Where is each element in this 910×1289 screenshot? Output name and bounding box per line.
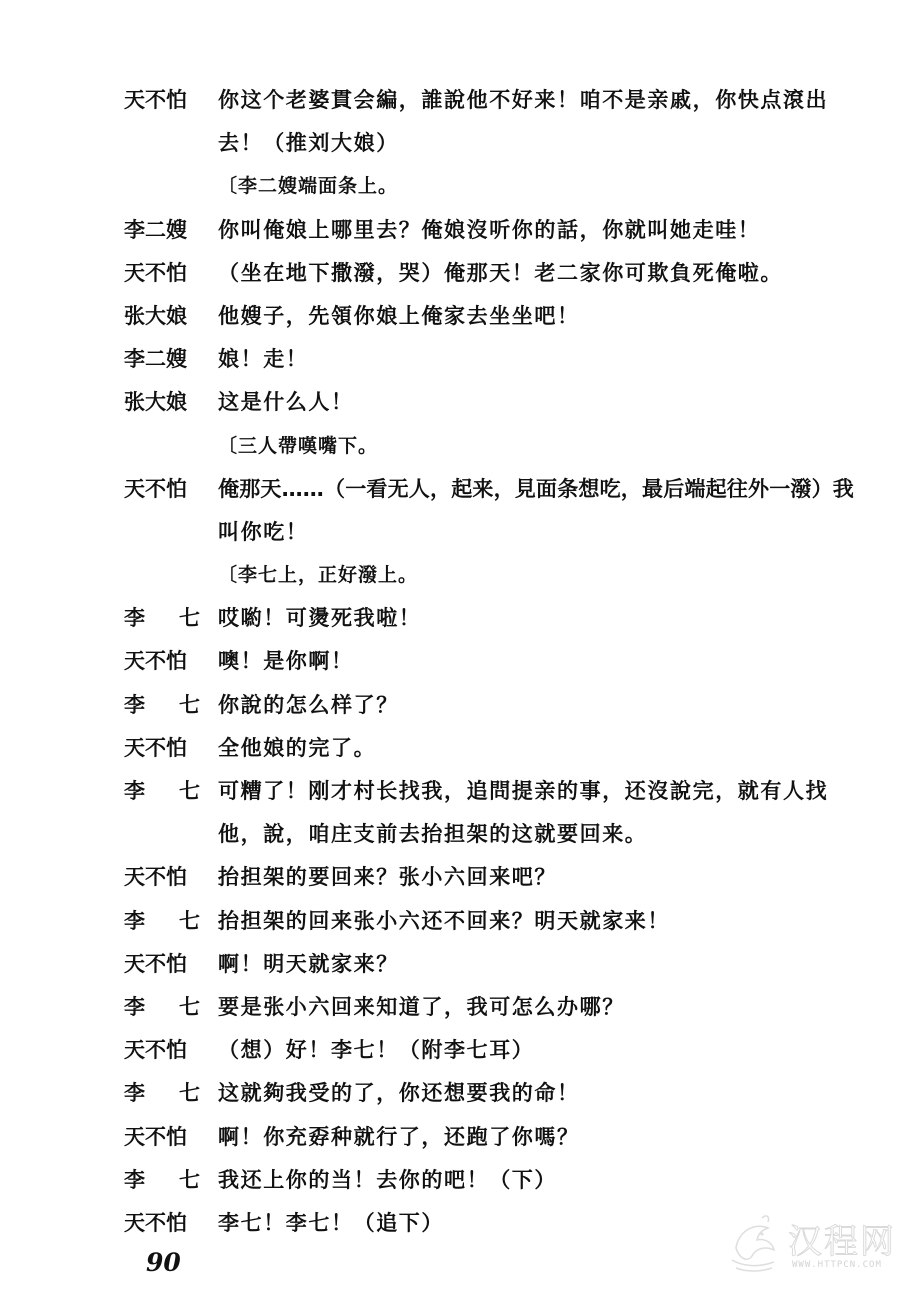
dialogue-text: 他嫂子，先領你娘上俺家去坐坐吧！ — [218, 298, 580, 334]
script-line: 天不怕 （想）好！李七！（附李七耳） — [124, 1032, 864, 1075]
dialogue-text: 啊！明天就家来？ — [218, 946, 399, 982]
speaker-name: 李七 — [124, 600, 200, 636]
watermark: 汉程网 WWW.HTTPCN.COM — [722, 1210, 902, 1280]
script-line: 去！（推刘大娘） — [124, 125, 864, 168]
dolphin-logo-icon — [722, 1210, 788, 1280]
dialogue-text: 娘！走！ — [218, 341, 308, 377]
dialogue-continuation: 他，說，咱庄支前去抬担架的这就要回来。 — [218, 816, 647, 852]
speaker-name: 张大娘 — [124, 298, 200, 334]
speaker-name: 李二嫂 — [124, 212, 200, 248]
script-line: 李七 可糟了！刚才村长找我，追問提亲的事，还沒說完，就有人找 — [124, 773, 864, 816]
speaker-name: 李七 — [124, 1162, 200, 1198]
script-line: 张大娘 这是什么人！ — [124, 384, 864, 427]
script-line: 天不怕 抬担架的要回来？张小六回来吧？ — [124, 859, 864, 902]
speaker-name: 天不怕 — [124, 82, 200, 118]
speaker-name: 天不怕 — [124, 730, 200, 766]
speaker-name: 李七 — [124, 903, 200, 939]
dialogue-text: 抬担架的回来张小六还不回来？明天就家来！ — [218, 903, 670, 939]
script-line: 李二嫂 娘！走！ — [124, 341, 864, 384]
script-line: 〔三人帶嘆嘴下。 — [124, 428, 864, 471]
speaker-name: 李二嫂 — [124, 341, 200, 377]
speaker-name: 天不怕 — [124, 643, 200, 679]
script-line: 天不怕 （坐在地下撒潑，哭）俺那天！老二家你可欺負死俺啦。 — [124, 255, 864, 298]
script-line: 李七 你說的怎么样了？ — [124, 687, 864, 730]
script-line: 李七 哎喲！可燙死我啦！ — [124, 600, 864, 643]
script-line: 李七 抬担架的回来张小六还不回来？明天就家来！ — [124, 903, 864, 946]
script-line: 天不怕 噢！是你啊！ — [124, 643, 864, 686]
dialogue-text: 这就夠我受的了，你还想要我的命！ — [218, 1075, 580, 1111]
dialogue-text: 噢！是你啊！ — [218, 643, 354, 679]
speaker-name: 李七 — [124, 1075, 200, 1111]
script-line: 天不怕 你这个老婆貫会編，誰說他不好来！咱不是亲戚，你快点滾出 — [124, 82, 864, 125]
dialogue-text: 我还上你的当！去你的吧！（下） — [218, 1162, 557, 1198]
page-number: 90 — [146, 1248, 181, 1277]
script-line: 李七 这就夠我受的了，你还想要我的命！ — [124, 1075, 864, 1118]
speaker-name: 天不怕 — [124, 255, 200, 291]
script-line: 天不怕 全他娘的完了。 — [124, 730, 864, 773]
speaker-name: 张大娘 — [124, 384, 200, 420]
script-line: 天不怕 啊！你充孬种就行了，还跑了你嗎？ — [124, 1119, 864, 1162]
speaker-name: 天不怕 — [124, 1119, 200, 1155]
dialogue-text: 可糟了！刚才村长找我，追問提亲的事，还沒說完，就有人找 — [218, 773, 828, 809]
speaker-name: 天不怕 — [124, 471, 200, 507]
speaker-name: 天不怕 — [124, 1205, 200, 1241]
dialogue-text: 李七！李七！（追下） — [218, 1205, 444, 1241]
speaker-name: 李七 — [124, 773, 200, 809]
dialogue-text: 啊！你充孬种就行了，还跑了你嗎？ — [218, 1119, 580, 1155]
script-line: 李二嫂 你叫俺娘上哪里去？俺娘沒听你的話，你就叫她走哇！ — [124, 212, 864, 255]
dialogue-text: 你叫俺娘上哪里去？俺娘沒听你的話，你就叫她走哇！ — [218, 212, 760, 248]
stage-direction: 〔李二嫂端面条上。 — [218, 168, 398, 204]
speaker-name: 李七 — [124, 687, 200, 723]
script-line: 天不怕 啊！明天就家来？ — [124, 946, 864, 989]
dialogue-continuation: 叫你吃！ — [218, 514, 308, 550]
speaker-name: 天不怕 — [124, 859, 200, 895]
script-line: 天不怕 俺那天……（一看无人，起来，見面条想吃，最后端起往外一潑）我 — [124, 471, 864, 514]
watermark-text: 汉程网 — [788, 1214, 896, 1263]
stage-direction: 〔三人帶嘆嘴下。 — [218, 428, 378, 464]
dialogue-text: 要是张小六回来知道了，我可怎么办哪？ — [218, 989, 625, 1025]
script-line: 李七 我还上你的当！去你的吧！（下） — [124, 1162, 864, 1205]
dialogue-text: 哎喲！可燙死我啦！ — [218, 600, 421, 636]
script-line: 他，說，咱庄支前去抬担架的这就要回来。 — [124, 816, 864, 859]
stage-direction: 〔李七上，正好潑上。 — [218, 557, 418, 593]
script-line: 叫你吃！ — [124, 514, 864, 557]
dialogue-text: 你这个老婆貫会編，誰說他不好来！咱不是亲戚，你快点滾出 — [218, 82, 828, 118]
dialogue-text: 俺那天……（一看无人，起来，見面条想吃，最后端起往外一潑）我 — [218, 471, 854, 507]
script-line: 〔李七上，正好潑上。 — [124, 557, 864, 600]
dialogue-text: （坐在地下撒潑，哭）俺那天！老二家你可欺負死俺啦。 — [218, 255, 783, 291]
scanned-script-page: 天不怕 你这个老婆貫会編，誰說他不好来！咱不是亲戚，你快点滾出 去！（推刘大娘）… — [0, 0, 910, 1289]
dialogue-text: 你說的怎么样了？ — [218, 687, 399, 723]
dialogue-text: （想）好！李七！（附李七耳） — [218, 1032, 534, 1068]
speaker-name: 李七 — [124, 989, 200, 1025]
dialogue-text: 抬担架的要回来？张小六回来吧？ — [218, 859, 557, 895]
dialogue-continuation: 去！（推刘大娘） — [218, 125, 399, 161]
script-line: 〔李二嫂端面条上。 — [124, 168, 864, 211]
speaker-name: 天不怕 — [124, 946, 200, 982]
script-line: 李七 要是张小六回来知道了，我可怎么办哪？ — [124, 989, 864, 1032]
speaker-name: 天不怕 — [124, 1032, 200, 1068]
script-body: 天不怕 你这个老婆貫会編，誰說他不好来！咱不是亲戚，你快点滾出 去！（推刘大娘）… — [124, 82, 864, 1248]
dialogue-text: 全他娘的完了。 — [218, 730, 376, 766]
watermark-url: WWW.HTTPCN.COM — [792, 1260, 882, 1270]
script-line: 张大娘 他嫂子，先領你娘上俺家去坐坐吧！ — [124, 298, 864, 341]
dialogue-text: 这是什么人！ — [218, 384, 354, 420]
